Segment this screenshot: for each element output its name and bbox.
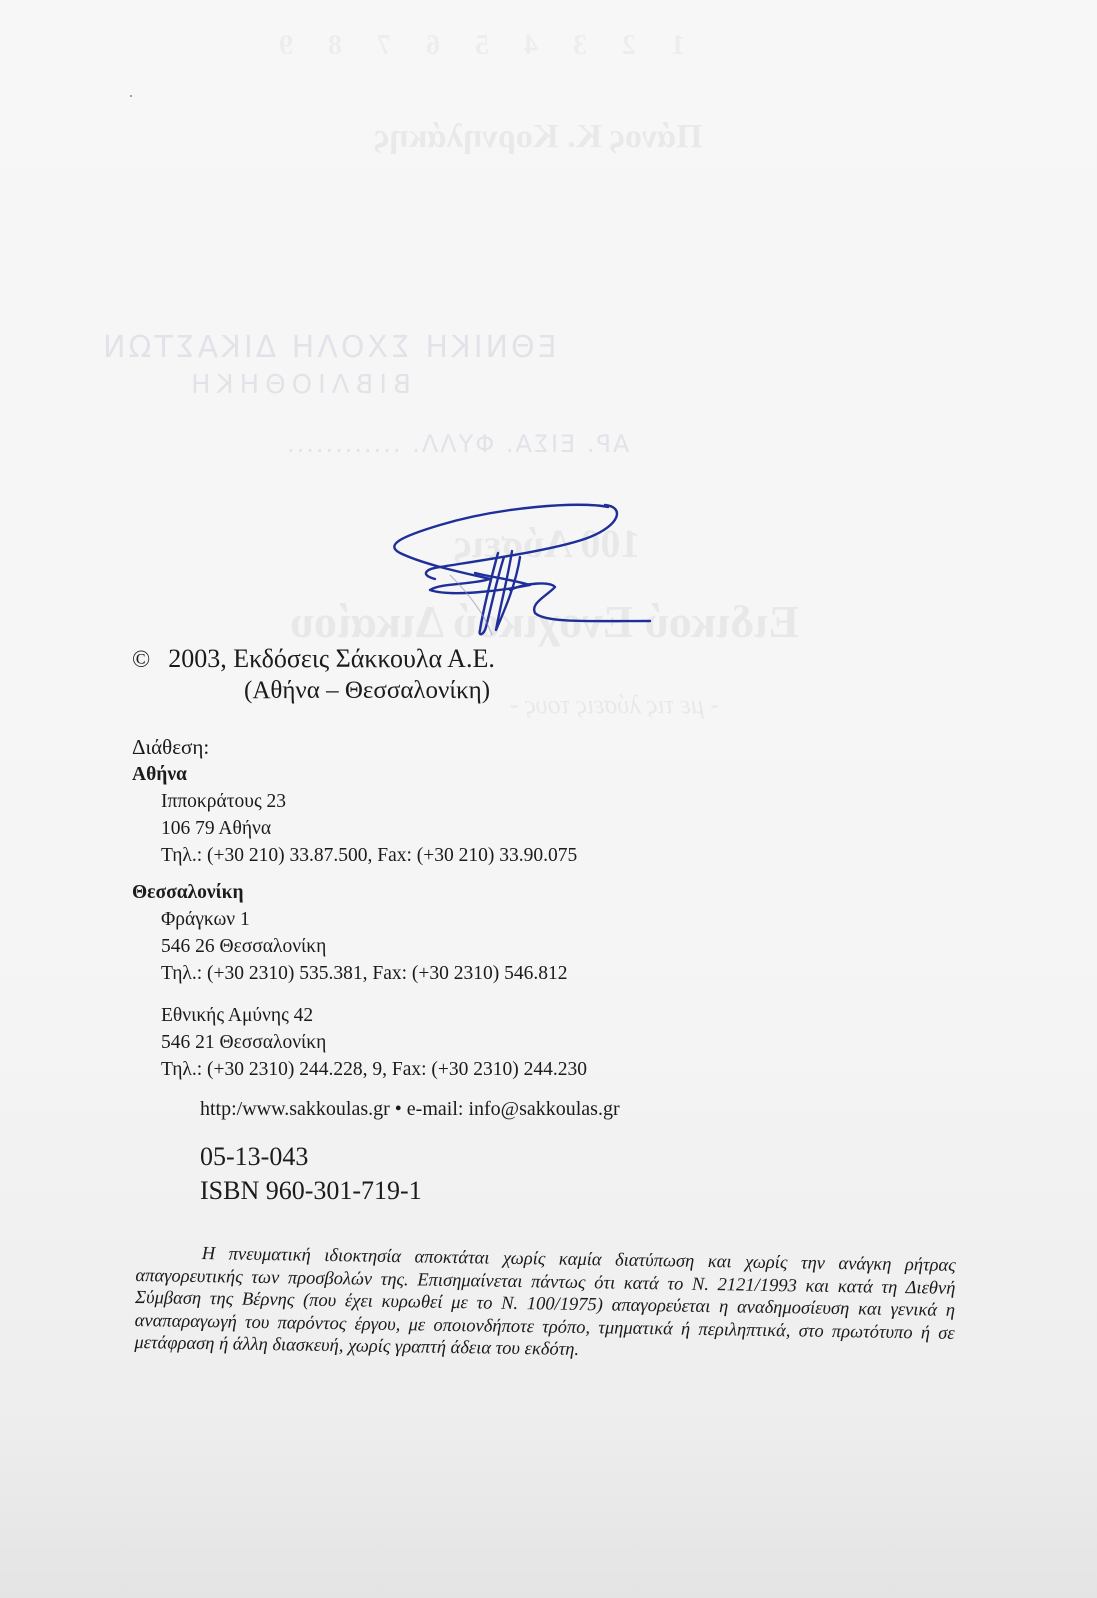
web-contact-line: http:/www.sakkoulas.gr • e-mail: info@sa… — [200, 1098, 620, 1121]
office-postcode: 546 26 Θεσσαλονίκη — [161, 933, 568, 960]
isbn: ISBN 960-301-719-1 — [200, 1174, 422, 1208]
speck — [130, 95, 132, 97]
distribution-label: Διάθεση: — [132, 735, 209, 760]
office-city: Αθήνα — [132, 761, 577, 788]
show-through-title-line3: - με τις λύσεις τους - — [510, 690, 719, 720]
office-thessaloniki-2: Εθνικής Αμύνης 42 546 21 Θεσσαλονίκη Τηλ… — [161, 1002, 587, 1083]
office-street: Φράγκων 1 — [161, 906, 568, 933]
copyright-line: ©2003, Εκδόσεις Σάκκουλα Α.Ε. — [132, 644, 495, 674]
product-code: 05-13-043 — [200, 1140, 422, 1174]
show-through-stamp-line2: ΒΙΒΛΙΟΘΗΚΗ — [185, 370, 411, 400]
office-city: Θεσσαλονίκη — [132, 879, 568, 906]
office-athens: Αθήνα Ιπποκράτους 23 106 79 Αθήνα Τηλ.: … — [161, 761, 577, 869]
paragraph-indent — [136, 1258, 202, 1259]
signature-icon — [380, 495, 670, 645]
publication-codes: 05-13-043 ISBN 960-301-719-1 — [200, 1140, 422, 1208]
office-phone: Τηλ.: (+30 2310) 535.381, Fax: (+30 2310… — [161, 960, 568, 987]
show-through-author: Πάνος Κ. Κορνηλάκης — [375, 118, 703, 156]
legal-notice-text: Η πνευματική ιδιοκτησία αποκτάται χωρίς … — [134, 1244, 956, 1360]
office-street: Ιπποκράτους 23 — [161, 788, 577, 815]
office-postcode: 106 79 Αθήνα — [161, 815, 577, 842]
copyright-symbol: © — [132, 647, 150, 673]
show-through-stamp-line1: ΕΘΝΙΚΗ ΣΧΟΛΗ ΔΙΚΑΣΤΩΝ — [100, 330, 557, 365]
office-postcode: 546 21 Θεσσαλονίκη — [161, 1029, 587, 1056]
office-phone: Τηλ.: (+30 2310) 244.228, 9, Fax: (+30 2… — [161, 1056, 587, 1083]
office-thessaloniki: Θεσσαλονίκη Φράγκων 1 546 26 Θεσσαλονίκη… — [161, 879, 568, 987]
show-through-top: 1 2 3 4 5 6 7 8 9 — [265, 30, 685, 62]
copyright-text: 2003, Εκδόσεις Σάκκουλα Α.Ε. — [168, 644, 495, 673]
show-through-stamp-line3: ΑΡ. ΕΙΣΑ. ΦΥΛΛ. ............ — [285, 430, 629, 458]
legal-notice: Η πνευματική ιδιοκτησία αποκτάται χωρίς … — [134, 1242, 956, 1367]
copyright-cities: (Αθήνα – Θεσσαλονίκη) — [244, 677, 490, 705]
office-phone: Τηλ.: (+30 210) 33.87.500, Fax: (+30 210… — [161, 842, 577, 869]
office-street: Εθνικής Αμύνης 42 — [161, 1002, 587, 1029]
copyright-page: 1 2 3 4 5 6 7 8 9 Πάνος Κ. Κορνηλάκης ΕΘ… — [0, 0, 1097, 1598]
